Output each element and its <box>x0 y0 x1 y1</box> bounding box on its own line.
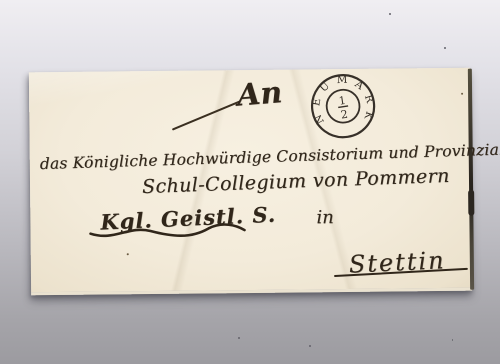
postmark-neumark: NEUMARK 1 2 <box>302 65 386 149</box>
dust-speck <box>309 345 311 347</box>
dust-speck <box>444 47 446 49</box>
preposition-in: in <box>316 208 334 229</box>
folded-paper-edge <box>468 69 474 290</box>
postmark-month: 2 <box>340 108 349 122</box>
letter-cover: NEUMARK 1 2 An das Königliche Hochwürdig… <box>29 68 472 296</box>
pen-flourish-stroke <box>172 100 241 130</box>
photo-background: NEUMARK 1 2 An das Königliche Hochwürdig… <box>0 0 500 364</box>
dust-speck <box>389 13 391 15</box>
paper-speck <box>127 253 129 255</box>
frank-underline-flourish <box>88 220 248 242</box>
paper-speck <box>461 93 463 95</box>
postmark-day: 1 <box>338 94 347 108</box>
salutation-an: An <box>236 76 284 114</box>
address-line-2: Schul-Collegium von Pommern <box>142 166 450 199</box>
dust-speck <box>452 339 453 341</box>
dust-speck <box>238 337 240 339</box>
folded-paper-edge-bump <box>468 190 474 216</box>
